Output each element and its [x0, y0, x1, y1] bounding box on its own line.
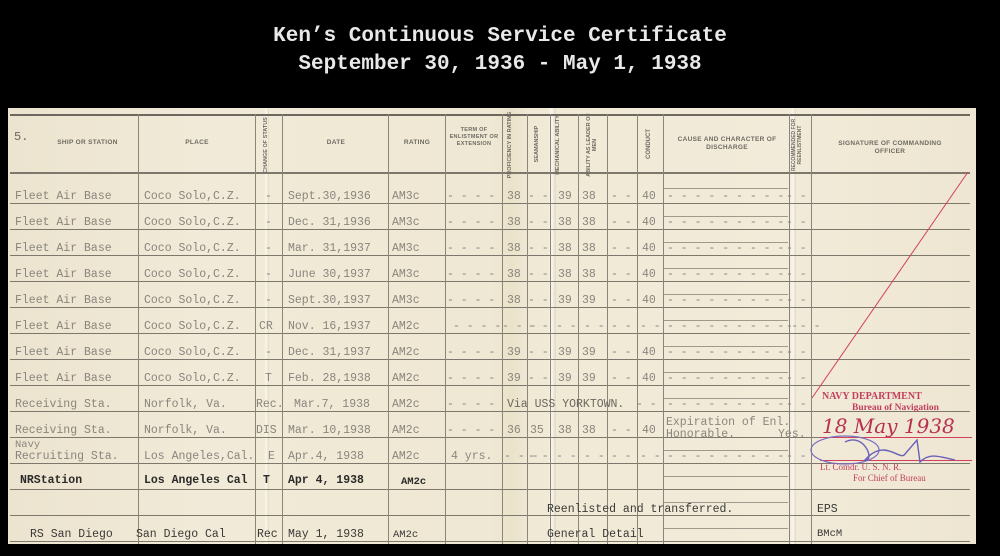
stamp-for-chief-of-bureau: For Chief of Bureau [853, 473, 926, 483]
cell-cause: - - - - - - - - - [667, 190, 784, 203]
cell-proficiency: Via USS YORKTOWN. [507, 398, 624, 411]
cell-seamanship: - - [528, 320, 549, 333]
cell-signature: BMcM [817, 528, 842, 540]
cell-date: Dec. 31,1937 [288, 346, 371, 359]
cell-date: Sept.30,1936 [288, 190, 371, 203]
cell-status: Rec. [256, 398, 284, 411]
cell-rating: AM3c [392, 242, 420, 255]
col-rule [663, 114, 664, 544]
cell-ship: Receiving Sta. [15, 398, 112, 411]
cell-status: - [265, 268, 272, 281]
red-diagonal-line [800, 170, 975, 410]
cell-seamanship: - - [528, 268, 549, 281]
cell-conduct: - - [640, 450, 661, 463]
header-date: DATE [284, 139, 388, 147]
cell-rating: AM3c [392, 294, 420, 307]
cell-date: Nov. 16,1937 [288, 320, 371, 333]
cell-recommend: - - [786, 450, 807, 463]
cell-conduct: 40 [642, 242, 656, 255]
cell-term: - - - - [447, 372, 495, 385]
cause-subrule [664, 476, 788, 477]
cell-place: Coco Solo,C.Z. [144, 320, 241, 333]
cell-ship: Fleet Air Base [15, 372, 112, 385]
cell-mechanical: - - [556, 450, 577, 463]
cell-proficiency: 38 [507, 190, 521, 203]
cell-ship: Fleet Air Base [15, 320, 112, 333]
cell-place: Coco Solo,C.Z. [144, 294, 241, 307]
cell-rating: AM2c [392, 320, 420, 333]
cell-leader: 38 [582, 216, 596, 229]
header-signature: SIGNATURE OF COMMANDING OFFICER [830, 140, 950, 156]
cell-ship: Fleet Air Base [15, 294, 112, 307]
cell-date: Apr.4, 1938 [288, 450, 364, 463]
cell-term: - - - - [453, 320, 501, 333]
cell-place: Norfolk, Va. [144, 424, 227, 437]
col-rule [388, 114, 389, 544]
cell-term: - - - - [447, 190, 495, 203]
cell-ship: Fleet Air Base [15, 346, 112, 359]
cell-status: CR [259, 320, 273, 333]
cell-seamanship: 35 [530, 424, 544, 437]
cell-place: Coco Solo,C.Z. [144, 346, 241, 359]
cell-place: Coco Solo,C.Z. [144, 372, 241, 385]
cell-date: Mar. 10,1938 [288, 424, 371, 437]
cell-status: - [265, 294, 272, 307]
cell-blank: - - [611, 216, 632, 229]
header-mechanical-ability: MECHANICAL ABILITY [555, 111, 569, 179]
cell-cause: - - - - - - - - - [667, 294, 784, 307]
stamp-navy-department: NAVY DEPARTMENT [822, 391, 922, 402]
cell-blank: - - [611, 372, 632, 385]
cell-blank: - - [611, 294, 632, 307]
cell-mechanical: 38 [558, 268, 572, 281]
cell-mechanical: 38 [558, 216, 572, 229]
cell-status: E [268, 450, 275, 463]
cell-mechanical: 39 [558, 190, 572, 203]
cell-leader: 38 [582, 190, 596, 203]
cell-mechanical: 39 [558, 346, 572, 359]
cell-leader: 39 [582, 372, 596, 385]
cell-recommend: Yes. [778, 428, 806, 441]
cell-cause: Reenlisted and transferred. [547, 503, 733, 516]
cell-cause: - - - - - - - - - [667, 268, 784, 281]
header-proficiency-in-rating: PROFICIENCY IN RATING [507, 109, 521, 181]
cause-subrule [664, 188, 788, 189]
cell-term: - - - - [447, 424, 495, 437]
cell-rating: AM2c [392, 372, 420, 385]
cell-status: - [265, 190, 272, 203]
cell-ship: NRStation [20, 474, 82, 487]
cell-date: Dec. 31,1936 [288, 216, 371, 229]
cell-signature: EPS [817, 503, 838, 516]
col-rule [607, 114, 608, 544]
cell-conduct: 40 [642, 190, 656, 203]
header-place: PLACE [140, 139, 254, 147]
page-subtitle: September 30, 1936 - May 1, 1938 [0, 53, 1000, 76]
header-change-of-status: CHANGE OF STATUS [263, 115, 273, 175]
cell-seamanship: - - [528, 372, 549, 385]
cell-proficiency: 36 [507, 424, 521, 437]
header-conduct: CONDUCT [646, 114, 654, 174]
cell-mechanical: 39 [558, 294, 572, 307]
col-rule [445, 114, 446, 544]
cell-date: Sept.30,1937 [288, 294, 371, 307]
cell-conduct: 40 [642, 268, 656, 281]
cell-proficiency: 39 [507, 372, 521, 385]
cell-seamanship: - - [528, 242, 549, 255]
header-cause-of-discharge: CAUSE AND CHARACTER OF DISCHARGE [668, 136, 786, 152]
cell-cause: - - - - - - - - - [667, 242, 784, 255]
cell-cause: - - - - - - - - - [667, 216, 784, 229]
cell-blank: - - [611, 424, 632, 437]
cell-blank: - - [611, 320, 632, 333]
col-rule [138, 114, 139, 544]
col-rule [255, 114, 256, 544]
cell-term: - - - - [447, 242, 495, 255]
cell-term: - - - - [447, 346, 495, 359]
cell-leader: 39 [582, 346, 596, 359]
header-rating: RATING [389, 139, 445, 147]
header-ability-as-leader: ABILITY AS LEADER OF MEN [586, 110, 600, 180]
cell-conduct: 40 [642, 294, 656, 307]
cell-mechanical: 39 [558, 372, 572, 385]
row-rule [10, 489, 970, 490]
cell-cause-character: Honorable. [666, 428, 735, 441]
cell-status: - [265, 242, 272, 255]
cell-term: - - - - [447, 216, 495, 229]
cell-proficiency: 38 [507, 294, 521, 307]
row-rule [10, 541, 970, 542]
cell-rating: AM2c [392, 398, 420, 411]
stamp-bureau-of-navigation: Bureau of Navigation [852, 403, 939, 413]
cell-proficiency: 38 [507, 216, 521, 229]
cell-seamanship: - - [528, 216, 549, 229]
cell-leader: 38 [582, 268, 596, 281]
cell-term: - - - - [447, 398, 495, 411]
cell-status: - [265, 216, 272, 229]
header-term-of-enlistment: TERM OF ENLISTMENT OR EXTENSION [448, 127, 500, 148]
cell-cause: General Detail [547, 528, 644, 541]
cell-leader: - - [584, 320, 605, 333]
cell-date: May 1, 1938 [288, 528, 364, 541]
cell-blank: - - [611, 190, 632, 203]
cell-rating: AM3c [392, 268, 420, 281]
table-top-rule [10, 114, 970, 116]
cell-rating: AM2c [392, 346, 420, 359]
cell-cause: - - - - - - - - - - [667, 320, 798, 333]
cell-blank: - - [636, 398, 657, 411]
cell-cause: - - - - - - - - - [667, 346, 784, 359]
cell-leader: 39 [582, 294, 596, 307]
cell-date: Feb. 28,1938 [288, 372, 371, 385]
cell-seamanship: - - [528, 190, 549, 203]
cell-term: 4 yrs. [451, 450, 492, 463]
cell-place: Coco Solo,C.Z. [144, 190, 241, 203]
cell-place: Los Angeles,Cal. [144, 450, 254, 463]
header-seamanship: SEAMANSHIP [534, 114, 542, 174]
cell-ship: Fleet Air Base [15, 216, 112, 229]
cell-term: - - - - [447, 268, 495, 281]
cell-ship: Fleet Air Base [15, 190, 112, 203]
cell-proficiency: 38 [507, 242, 521, 255]
cell-rating: AM2c [392, 424, 420, 437]
cell-rating: AM2c [392, 450, 420, 463]
cell-blank: - - [611, 346, 632, 359]
col-rule [282, 114, 283, 544]
cell-cause: - - - - - - - - - [667, 398, 784, 411]
header-ship-or-station: SHIP OR STATION [40, 139, 135, 147]
cause-subrule [664, 528, 788, 529]
cell-mechanical: 38 [558, 424, 572, 437]
cell-place: Coco Solo,C.Z. [144, 242, 241, 255]
cell-mechanical: 38 [558, 242, 572, 255]
cell-rating: AM3c [392, 216, 420, 229]
col-rule [550, 114, 551, 544]
cell-place: Los Angeles Cal [144, 474, 248, 487]
cell-seamanship: - - [528, 294, 549, 307]
stamp-lt-comdr: Lt. Comdr. U. S. N. R. [820, 462, 901, 472]
cell-seamanship: - - [528, 346, 549, 359]
cell-proficiency: 39 [507, 346, 521, 359]
cell-conduct: 40 [642, 346, 656, 359]
cell-conduct: 40 [642, 372, 656, 385]
cell-leader: - - [584, 450, 605, 463]
cell-status: Rec [257, 528, 278, 541]
cell-place: Coco Solo,C.Z. [144, 216, 241, 229]
cell-cause: - - - - - - - - - [667, 372, 784, 385]
cell-place: San Diego Cal [136, 528, 226, 541]
col-rule [637, 114, 638, 544]
cell-conduct: 40 [642, 216, 656, 229]
cell-conduct: 40 [642, 424, 656, 437]
cell-ship: RS San Diego [30, 528, 113, 541]
cell-conduct: - - [640, 320, 661, 333]
section-number: 5. [14, 130, 28, 144]
cell-date: Mar.7, 1938 [294, 398, 370, 411]
cell-status: T [263, 474, 270, 487]
cell-status: - [265, 346, 272, 359]
cell-blank: - - [611, 268, 632, 281]
cell-ship: Recruiting Sta. [15, 450, 119, 463]
cell-status: T [265, 372, 272, 385]
cell-status: DIS [256, 424, 277, 437]
cell-cause: - - - - - - - - - [667, 450, 784, 463]
col-rule [578, 114, 579, 544]
page-title: Ken’s Continuous Service Certificate [0, 25, 1000, 48]
cell-seamanship: - - [528, 450, 549, 463]
cell-ship: Receiving Sta. [15, 424, 112, 437]
cell-leader: 38 [582, 424, 596, 437]
cell-mechanical: - - [556, 320, 577, 333]
row-rule [10, 411, 970, 412]
cell-blank: - - [611, 450, 632, 463]
cell-blank: - - [611, 242, 632, 255]
cell-date: Apr 4, 1938 [288, 474, 364, 487]
cell-ship: Fleet Air Base [15, 268, 112, 281]
cell-rating: AM2c [401, 476, 426, 488]
cell-term: - - - - [447, 294, 495, 307]
cell-proficiency: 38 [507, 268, 521, 281]
cell-date: Mar. 31,1937 [288, 242, 371, 255]
cell-place: Norfolk, Va. [144, 398, 227, 411]
cell-rating: AM3c [392, 190, 420, 203]
cell-place: Coco Solo,C.Z. [144, 268, 241, 281]
cell-leader: 38 [582, 242, 596, 255]
cell-ship: Fleet Air Base [15, 242, 112, 255]
cell-date: June 30,1937 [288, 268, 371, 281]
cell-rating: AM2c [393, 529, 418, 541]
